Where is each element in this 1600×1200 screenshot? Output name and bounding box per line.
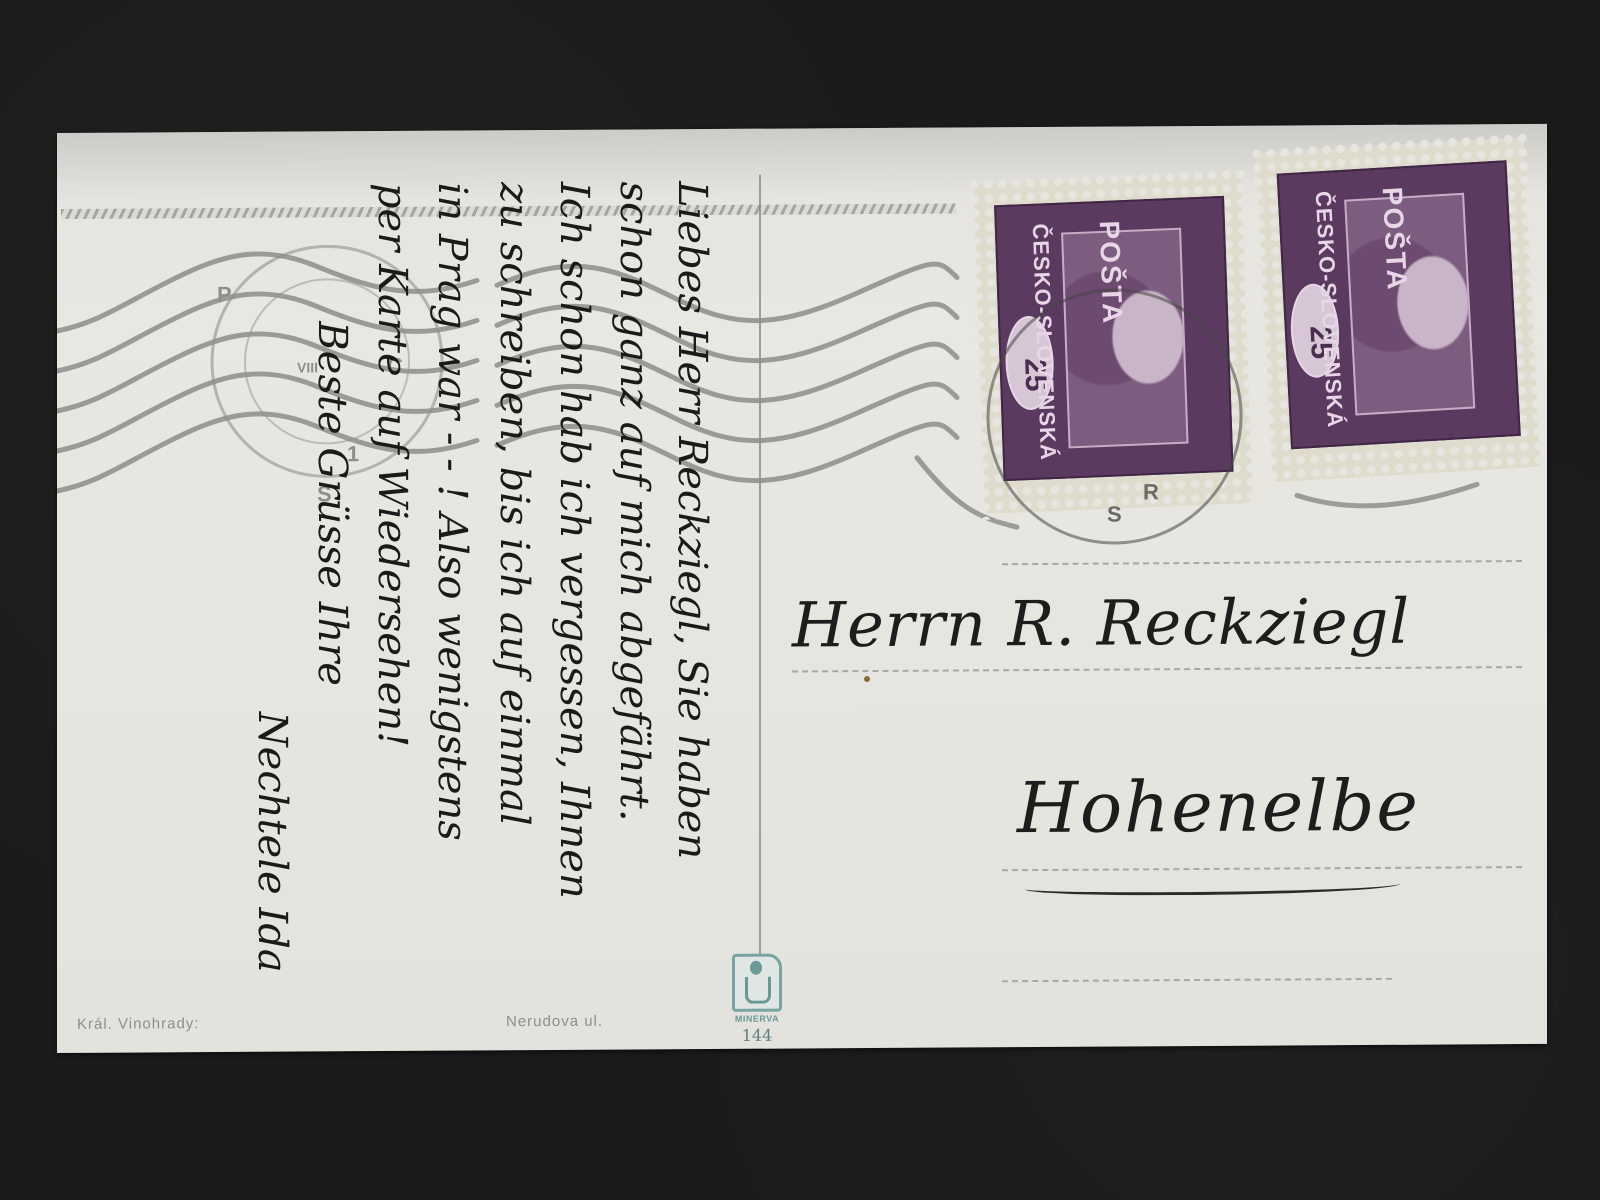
handwritten-message: Liebes Herr Reckziegl, Sie haben schon g… xyxy=(97,169,747,1003)
printed-caption-district: Král. Vinohrady: xyxy=(77,1015,199,1033)
message-signature: Nechtele Ida xyxy=(249,712,295,973)
message-line: in Prag war - - ! Also wenigstens xyxy=(429,182,475,841)
message-line: Ich schon hab ich vergessen, Ihnen xyxy=(551,182,597,899)
message-line: Beste Grüsse Ihre xyxy=(309,321,355,686)
publisher-mark: MINERVA 144 xyxy=(727,954,787,1053)
message-line: schon ganz auf mich abgefährt. xyxy=(611,181,657,821)
stamp-country: ČESKO-SLOVENSKÁ xyxy=(1310,190,1348,429)
stamp-design: 25 ČESKO-SLOVENSKÁ POŠTA xyxy=(1277,160,1521,449)
postmark-fragment: R xyxy=(1143,479,1159,505)
castle-motif xyxy=(1344,193,1475,416)
postcard: P VIII C 1 S Liebes Herr Reckziegl, Sie … xyxy=(57,124,1547,1053)
recipient-name: Herrn R. Reckziegl xyxy=(792,585,1410,662)
ink-stain xyxy=(864,676,870,682)
printed-caption-street: Nerudova ul. xyxy=(506,1013,603,1031)
postage-stamp: 25 ČESKO-SLOVENSKÁ POŠTA xyxy=(1256,137,1541,482)
message-line: per Karte auf Wiedersehen! xyxy=(369,183,415,748)
publisher-name: MINERVA xyxy=(727,1014,787,1024)
card-number: 144 xyxy=(727,1026,787,1045)
postmark-fragment: S xyxy=(1107,501,1122,527)
message-line: zu schreiben, bis ich auf einmal xyxy=(491,182,537,826)
message-line: Liebes Herr Reckziegl, Sie haben xyxy=(669,181,715,859)
recipient-city: Hohenelbe xyxy=(1017,765,1420,849)
postage-stamp: 25 ČESKO-SLOVENSKÁ POŠTA xyxy=(973,173,1252,514)
stamp-label: POŠTA xyxy=(1375,186,1412,292)
minerva-logo-icon xyxy=(732,954,782,1012)
